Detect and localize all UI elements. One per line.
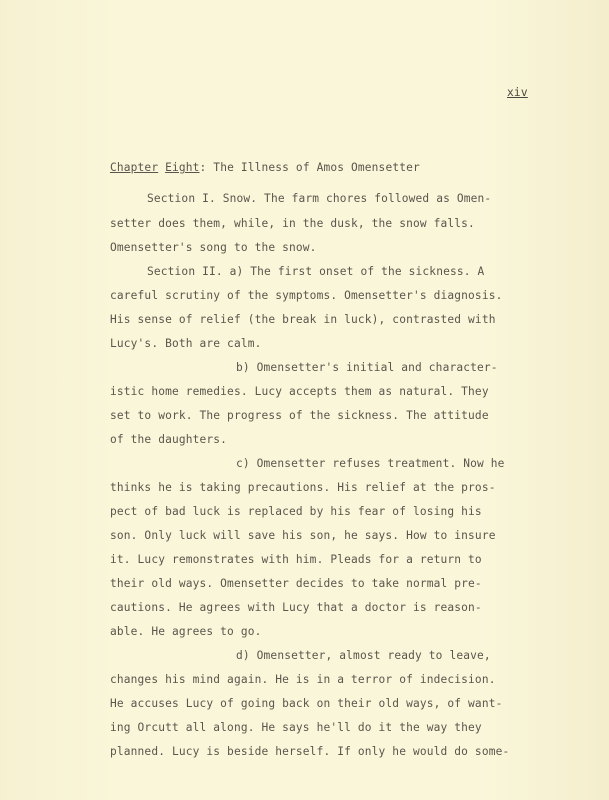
text-line: ing Orcutt all along. He says he'll do i… bbox=[110, 721, 482, 734]
chapter-title: : The Illness of Amos Omensetter bbox=[200, 161, 420, 174]
text-line: careful scrutiny of the symptoms. Omense… bbox=[110, 289, 502, 302]
text-line: cautions. He agrees with Lucy that a doc… bbox=[110, 601, 482, 614]
text-line: son. Only luck will save his son, he say… bbox=[110, 529, 496, 542]
chapter-number: Eight bbox=[165, 161, 199, 174]
text-line: pect of bad luck is replaced by his fear… bbox=[110, 505, 482, 518]
text-line: c) Omensetter refuses treatment. Now he bbox=[236, 457, 505, 470]
text-line: set to work. The progress of the sicknes… bbox=[110, 409, 489, 422]
text-line: b) Omensetter's initial and character- bbox=[236, 361, 498, 374]
text-line: Omensetter's song to the snow. bbox=[110, 241, 317, 254]
page-number: xiv bbox=[507, 86, 528, 99]
text-line: istic home remedies. Lucy accepts them a… bbox=[110, 385, 489, 398]
text-line: Lucy's. Both are calm. bbox=[110, 337, 261, 350]
text-line: d) Omensetter, almost ready to leave, bbox=[236, 649, 491, 662]
text-line: able. He agrees to go. bbox=[110, 625, 261, 638]
text-line: planned. Lucy is beside herself. If only… bbox=[110, 745, 509, 758]
text-line: He accuses Lucy of going back on their o… bbox=[110, 697, 502, 710]
text-line: Section I. Snow. The farm chores followe… bbox=[147, 192, 491, 205]
text-line: thinks he is taking precautions. His rel… bbox=[110, 481, 496, 494]
chapter-label: Chapter bbox=[110, 161, 158, 174]
text-line: it. Lucy remonstrates with him. Pleads f… bbox=[110, 553, 482, 566]
text-line: of the daughters. bbox=[110, 433, 227, 446]
text-line: their old ways. Omensetter decides to ta… bbox=[110, 577, 482, 590]
typewritten-page: xiv Chapter Eight: The Illness of Amos O… bbox=[0, 0, 609, 800]
chapter-heading: Chapter Eight: The Illness of Amos Omens… bbox=[110, 161, 420, 174]
text-line: Section II. a) The first onset of the si… bbox=[147, 265, 484, 278]
text-line: setter does them, while, in the dusk, th… bbox=[110, 217, 475, 230]
text-line: changes his mind again. He is in a terro… bbox=[110, 673, 496, 686]
text-line: His sense of relief (the break in luck),… bbox=[110, 313, 496, 326]
